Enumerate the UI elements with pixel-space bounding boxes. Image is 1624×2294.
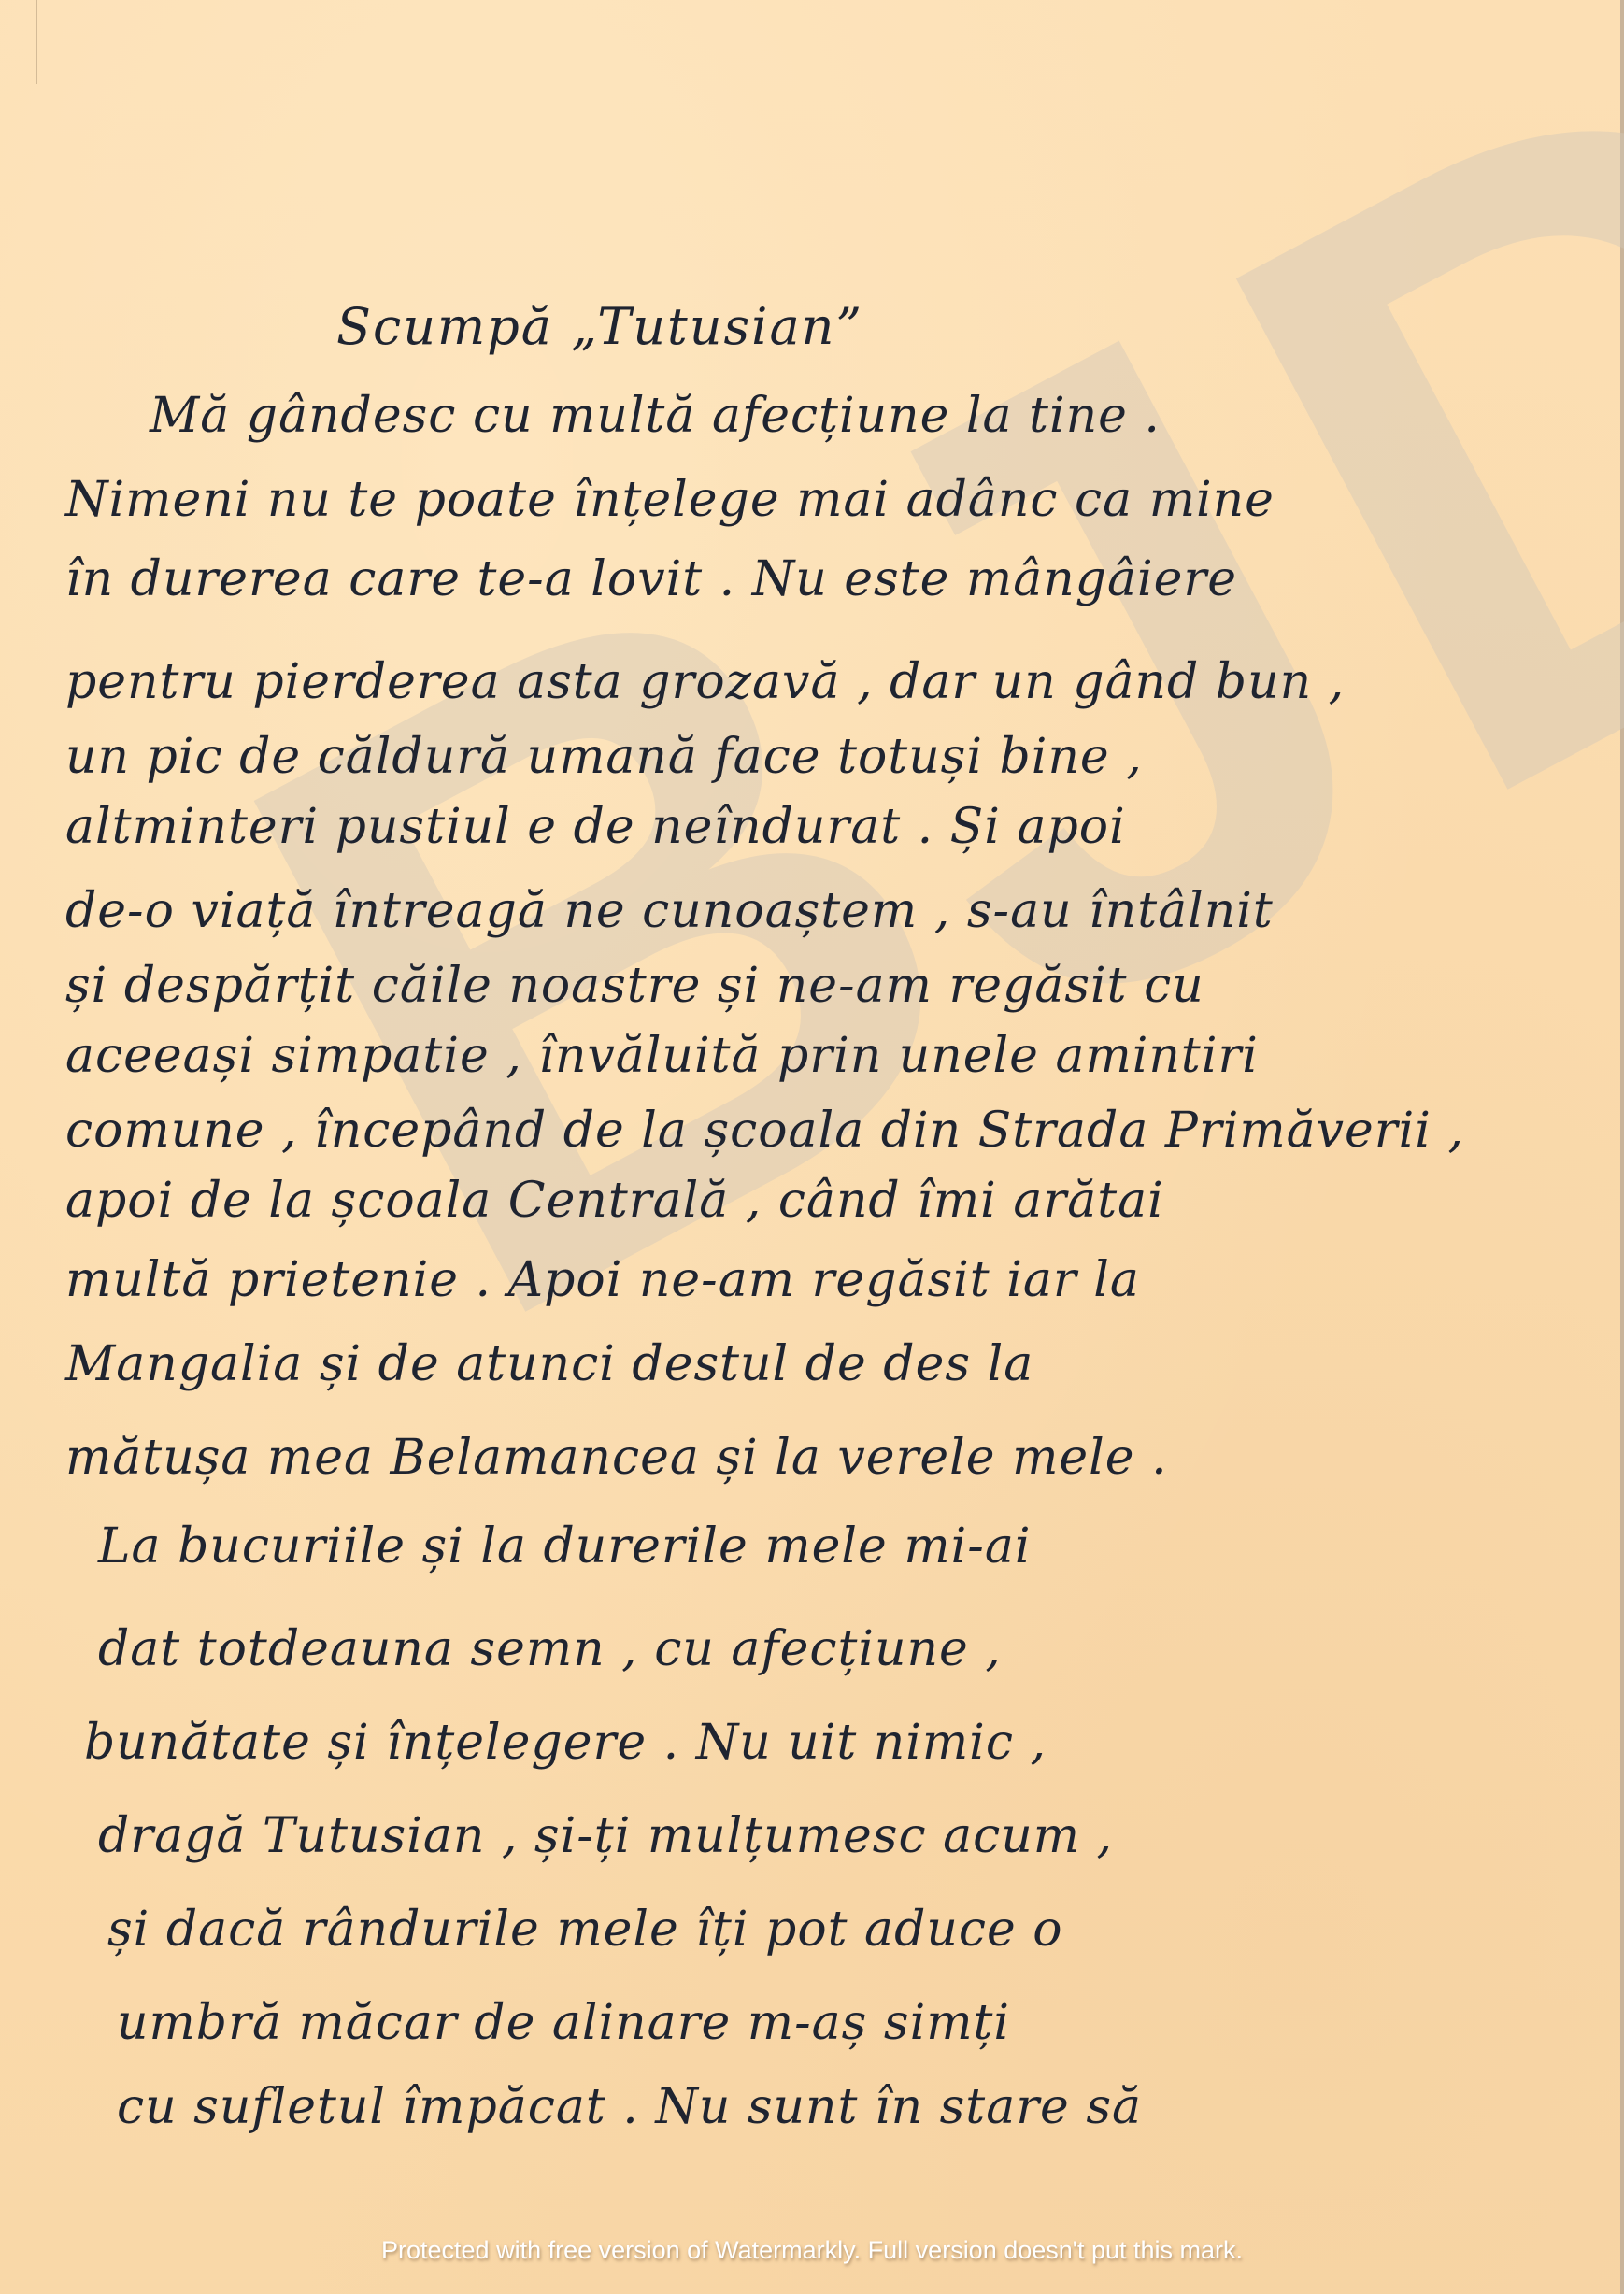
letter-line: La bucuriile și la durerile mele mi-ai — [98, 1518, 1032, 1574]
letter-line: dat totdeauna semn , cu afecțiune , — [98, 1621, 1002, 1677]
letter-line: altminteri pustiul e de neîndurat . Și a… — [65, 799, 1126, 855]
letter-line: bunătate și înțelegere . Nu uit nimic , — [84, 1715, 1047, 1771]
letter-line: cu sufletul împăcat . Nu sunt în stare s… — [117, 2079, 1142, 2135]
letter-line: umbră măcar de alinare m-aș simți — [117, 1995, 1010, 2051]
letter-salutation: Scumpă „Tutusian” — [336, 297, 863, 356]
letter-line: Nimeni nu te poate înțelege mai adânc ca… — [65, 472, 1275, 528]
letter-line: Mangalia și de atunci destul de des la — [65, 1336, 1033, 1392]
letter-line: dragă Tutusian , și-ți mulțumesc acum , — [98, 1808, 1113, 1864]
letter-line: mătușa mea Belamancea și la verele mele … — [65, 1430, 1168, 1486]
letter-line: de-o viață întreagă ne cunoaștem , s-au … — [65, 883, 1274, 939]
letter-line: apoi de la școala Centrală , când îmi ar… — [65, 1173, 1164, 1229]
letter-line: comune , începând de la școala din Strad… — [65, 1103, 1464, 1159]
letter-line: pentru pierderea asta grozavă , dar un g… — [65, 654, 1345, 710]
letter-line: și despărțit căile noastre și ne-am regă… — [65, 958, 1204, 1014]
letter-line: aceeași simpatie , învăluită prin unele … — [65, 1028, 1259, 1084]
watermark-notice: Protected with free version of Watermark… — [0, 2236, 1624, 2265]
letter-line: și dacă rândurile mele îți pot aduce o — [107, 1902, 1063, 1958]
letter-line: în durerea care te-a lovit . Nu este mân… — [65, 551, 1237, 607]
letter-line: multă prietenie . Apoi ne-am regăsit iar… — [65, 1252, 1140, 1308]
letter-line: Mă gândesc cu multă afecțiune la tine . — [150, 388, 1161, 444]
handwritten-letter: Scumpă „Tutusian” Mă gândesc cu multă af… — [0, 0, 1624, 2294]
letter-line: un pic de căldură umană face totuși bine… — [65, 729, 1143, 785]
